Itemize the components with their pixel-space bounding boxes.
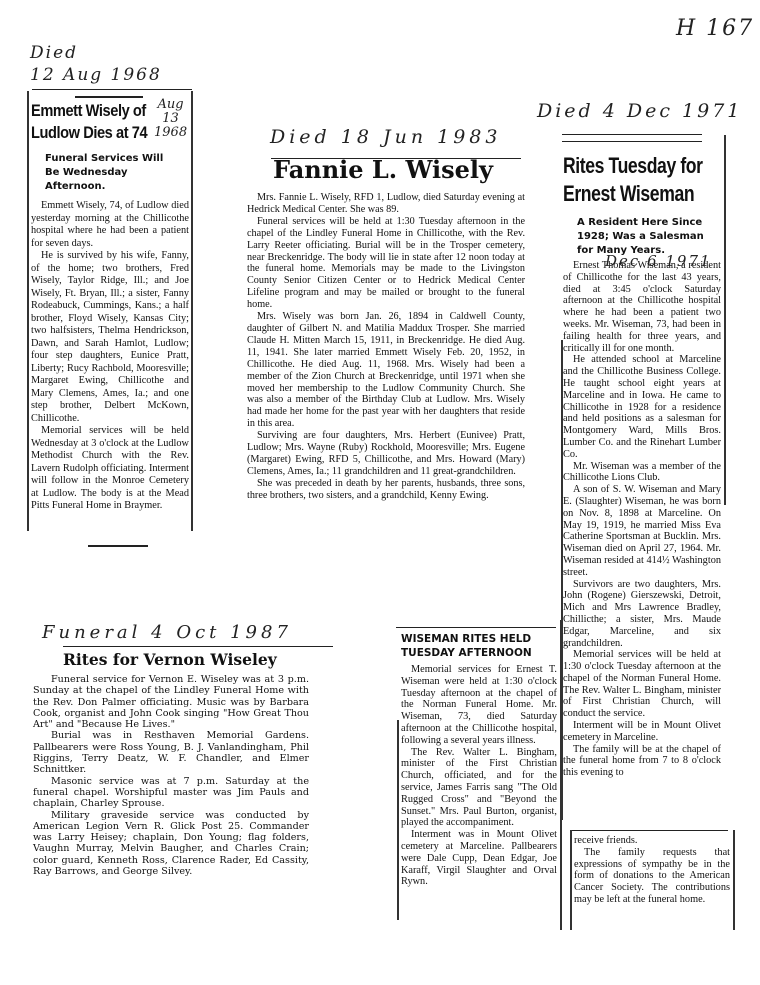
paragraph: Memorial services for Ernest T. Wiseman … <box>401 664 557 747</box>
paragraph: Ernest Thomas Wiseman, a resident of Chi… <box>563 260 721 354</box>
paragraph: Funeral services will be held at 1:30 Tu… <box>247 216 525 311</box>
paragraph: Interment was in Mount Olivet cemetery a… <box>401 829 557 888</box>
headline-line: WISEMAN RITES HELD <box>401 632 557 646</box>
annotation-line: 12 Aug 1968 <box>30 64 162 86</box>
paragraph: Memorial services will be held Wednesday… <box>31 425 189 513</box>
paragraph: Emmett Wisely, 74, of Ludlow died yester… <box>31 200 189 250</box>
wiseman-rites-headline: WISEMAN RITES HELD TUESDAY AFTERNOON <box>401 632 557 660</box>
paragraph: Burial was in Resthaven Memorial Gardens… <box>33 730 309 775</box>
ernest-continued-body: receive friends. The family requests tha… <box>574 835 730 906</box>
emmett-body: Emmett Wisely, 74, of Ludlow died yester… <box>31 200 189 513</box>
ernest-headline: Rites Tuesday for Ernest Wiseman <box>563 152 723 208</box>
emmett-death-date-annotation: Died 12 Aug 1968 <box>30 42 162 86</box>
ernest-wiseman-obituary: Rites Tuesday for Ernest Wiseman A Resid… <box>563 152 723 779</box>
ernest-paper-date-annotation: Dec 6 1971 <box>605 252 712 270</box>
vernon-wiseley-obituary: Rites for Vernon Wiseley Funeral service… <box>33 648 311 877</box>
annotation-line: Died <box>30 42 162 64</box>
fannie-death-date-annotation: Died 18 Jun 1983 <box>270 126 501 148</box>
paragraph: Military graveside service was conducted… <box>33 810 309 878</box>
paragraph: A son of S. W. Wiseman and Mary E. (Slau… <box>563 484 721 578</box>
paragraph: She was preceded in death by her parents… <box>247 478 525 502</box>
paragraph: The family requests that expressions of … <box>574 847 730 906</box>
vernon-funeral-date-annotation: Funeral 4 Oct 1987 <box>42 622 292 643</box>
headline-line: TUESDAY AFTERNOON <box>401 646 557 660</box>
headline-line: Rites Tuesday for <box>563 152 723 180</box>
paragraph: Mrs. Fannie L. Wisely, RFD 1, Ludlow, di… <box>247 192 525 216</box>
ernest-death-date-annotation: Died 4 Dec 1971 <box>537 100 742 122</box>
paragraph: The Rev. Walter L. Bingham, minister of … <box>401 747 557 830</box>
paragraph: Interment will be in Mount Olivet cemete… <box>563 720 721 744</box>
paragraph: The family will be at the chapel of the … <box>563 744 721 779</box>
emmett-paper-date-annotation: Aug 13 1968 <box>154 98 187 140</box>
paragraph: Mrs. Wisely was born Jan. 26, 1894 in Ca… <box>247 311 525 430</box>
ernest-body: Ernest Thomas Wiseman, a resident of Chi… <box>563 260 721 779</box>
emmett-subhead: Funeral Services Will Be Wednesday After… <box>45 152 191 194</box>
emmett-wisely-obituary: Emmett Wisely of Ludlow Dies at 74 Aug 1… <box>31 100 191 513</box>
paragraph: receive friends. <box>574 835 730 847</box>
vernon-headline: Rites for Vernon Wiseley <box>63 650 311 670</box>
headline-line: Ernest Wiseman <box>563 180 723 208</box>
fannie-body: Mrs. Fannie L. Wisely, RFD 1, Ludlow, di… <box>247 192 525 502</box>
wiseman-rites-body: Memorial services for Ernest T. Wiseman … <box>401 664 557 888</box>
page-number-annotation: H 167 <box>676 16 754 41</box>
paragraph: He attended school at Marceline and the … <box>563 354 721 460</box>
paragraph: Masonic service was at 7 p.m. Saturday a… <box>33 776 309 810</box>
fannie-wisely-obituary: Fannie L. Wisely Mrs. Fannie L. Wisely, … <box>247 150 525 502</box>
paragraph: Memorial services will be held at 1:30 o… <box>563 649 721 720</box>
paragraph: Survivors are two daughters, Mrs. John (… <box>563 579 721 650</box>
paragraph: Funeral service for Vernon E. Wiseley wa… <box>33 674 309 730</box>
fannie-headline: Fannie L. Wisely <box>273 156 525 184</box>
vernon-body: Funeral service for Vernon E. Wiseley wa… <box>33 674 309 877</box>
paragraph: Surviving are four daughters, Mrs. Herbe… <box>247 430 525 478</box>
paragraph: Mr. Wiseman was a member of the Chillico… <box>563 461 721 485</box>
ernest-wiseman-continuation: receive friends. The family requests tha… <box>574 835 730 906</box>
wiseman-rites-held-article: WISEMAN RITES HELD TUESDAY AFTERNOON Mem… <box>401 632 557 888</box>
paragraph: He is survived by his wife, Fanny, of th… <box>31 250 189 425</box>
